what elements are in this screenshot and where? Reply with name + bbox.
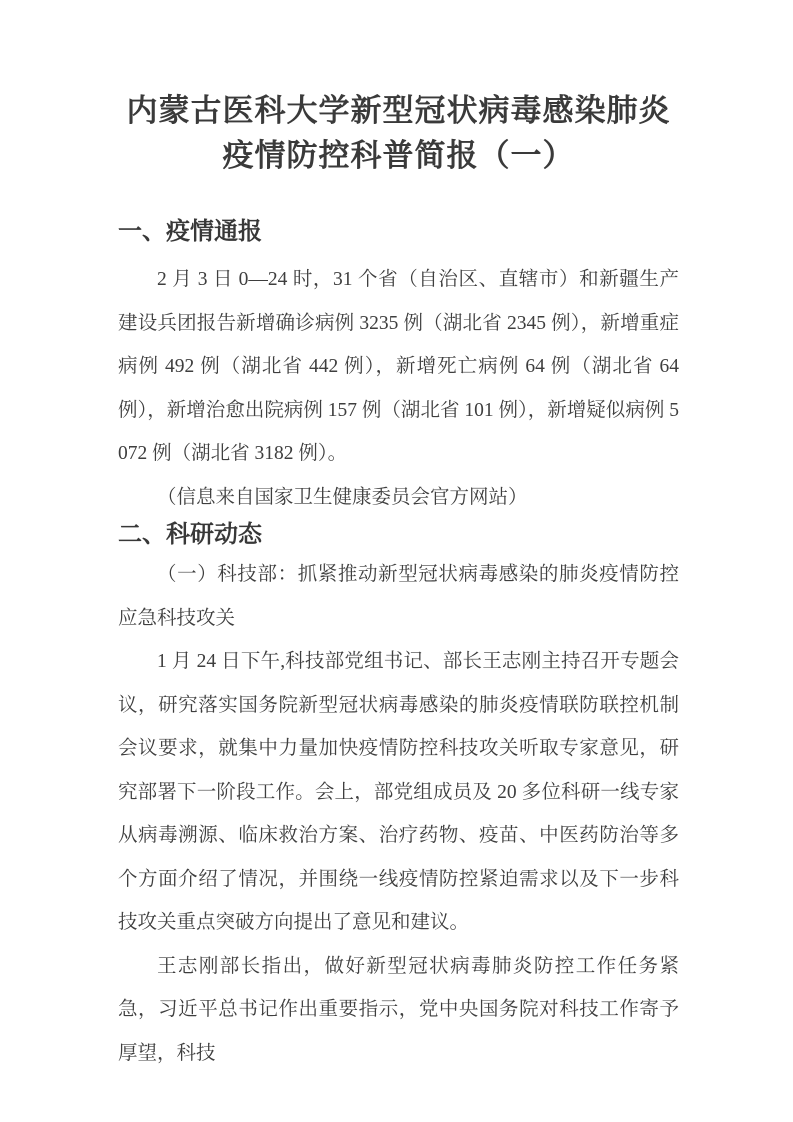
document-title-line-2: 疫情防控科普简报（一） xyxy=(118,133,679,178)
paragraph-information-source: （信息来自国家卫生健康委员会官方网站） xyxy=(118,476,679,520)
document-page: 内蒙古医科大学新型冠状病毒感染肺炎 疫情防控科普简报（一） 一、疫情通报 2 月… xyxy=(0,0,793,1122)
paragraph-most-subtitle: （一）科技部：抓紧推动新型冠状病毒感染的肺炎疫情防控应急科技攻关 xyxy=(118,553,679,640)
document-title: 内蒙古医科大学新型冠状病毒感染肺炎 疫情防控科普简报（一） xyxy=(118,88,679,178)
section-heading-research-news: 二、科研动态 xyxy=(118,519,679,551)
paragraph-most-meeting: 1 月 24 日下午,科技部党组书记、部长王志刚主持召开专题会议，研究落实国务院… xyxy=(118,640,679,945)
document-title-line-1: 内蒙古医科大学新型冠状病毒感染肺炎 xyxy=(118,88,679,133)
paragraph-epidemic-statistics: 2 月 3 日 0—24 时，31 个省（自治区、直辖市）和新疆生产建设兵团报告… xyxy=(118,258,679,476)
section-heading-epidemic-report: 一、疫情通报 xyxy=(118,216,679,248)
paragraph-minister-remarks: 王志刚部长指出，做好新型冠状病毒肺炎防控工作任务紧急，习近平总书记作出重要指示，… xyxy=(118,945,679,1076)
